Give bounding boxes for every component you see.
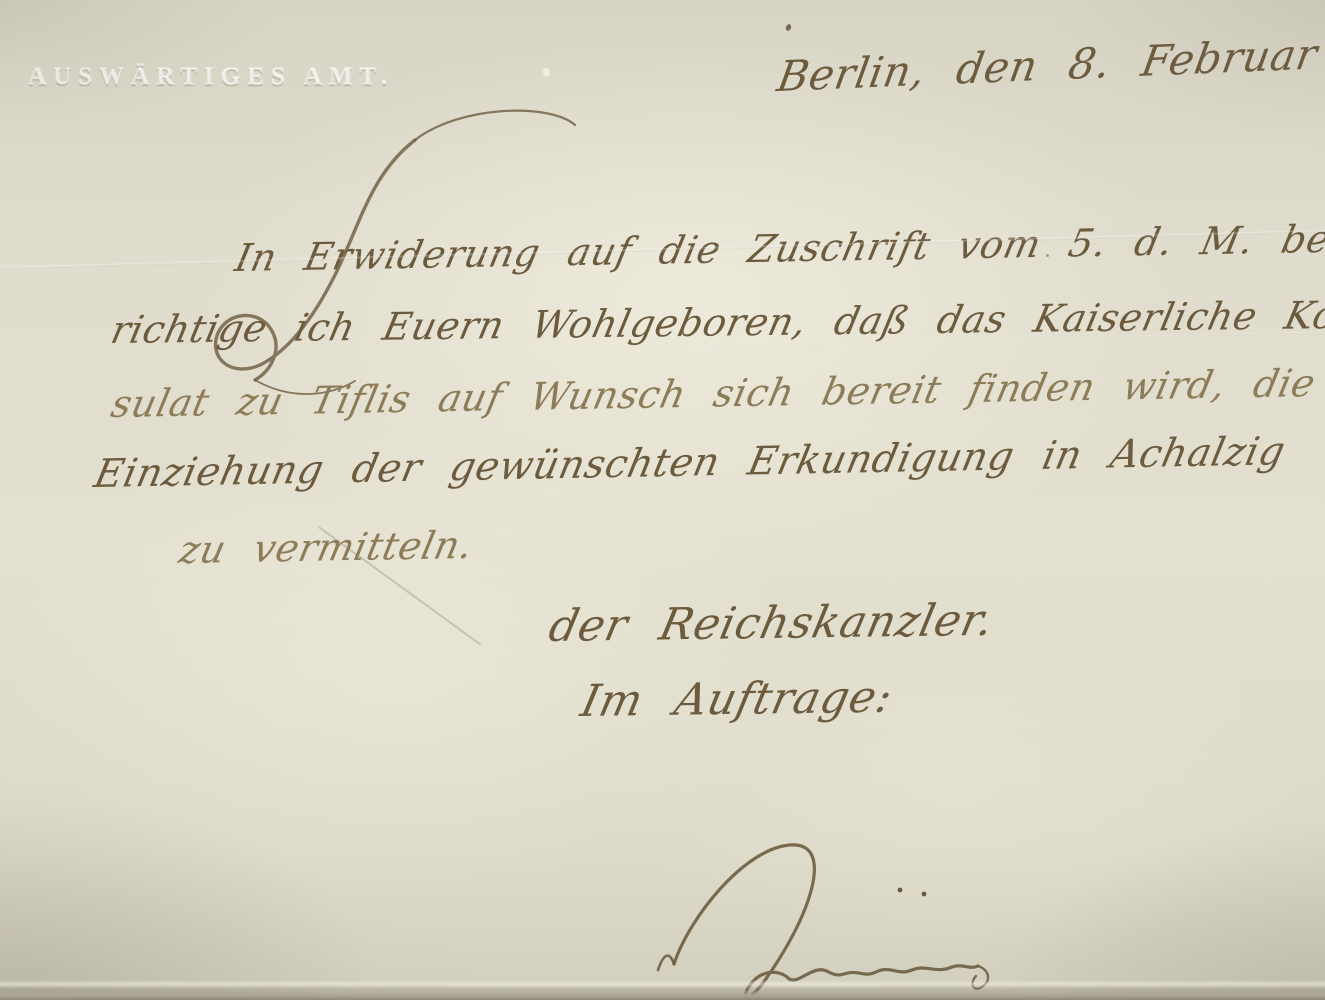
body-line: Einziehung der gewünschten Erkundigung i… — [90, 429, 1289, 497]
paper-vignette — [0, 0, 1325, 1000]
ink-speck — [785, 23, 792, 31]
body-line: In Erwiderung auf die Zuschrift vom 5. d… — [231, 215, 1325, 280]
closing-line-reichskanzler: der Reichskanzler. — [544, 595, 998, 652]
letter-page: AUSWÄRTIGES AMT. Berlin, den 8. Februar … — [0, 0, 1325, 1000]
signature-philipsborn — [600, 820, 1040, 1000]
dateline: Berlin, den 8. Februar 1875. — [774, 23, 1325, 101]
body-line: sulat zu Tiflis auf Wunsch sich bereit f… — [107, 361, 1319, 426]
embossed-stamp: AUSWÄRTIGES AMT. — [28, 64, 394, 92]
body-line: zu vermitteln. — [175, 523, 477, 572]
closing-line-im-auftrage: Im Auftrage: — [576, 672, 897, 727]
bottom-edge-shadow — [0, 980, 1325, 1000]
body-line: richtige ich Euern Wohlgeboren, daß das … — [107, 293, 1325, 353]
paper-speck — [542, 67, 551, 78]
